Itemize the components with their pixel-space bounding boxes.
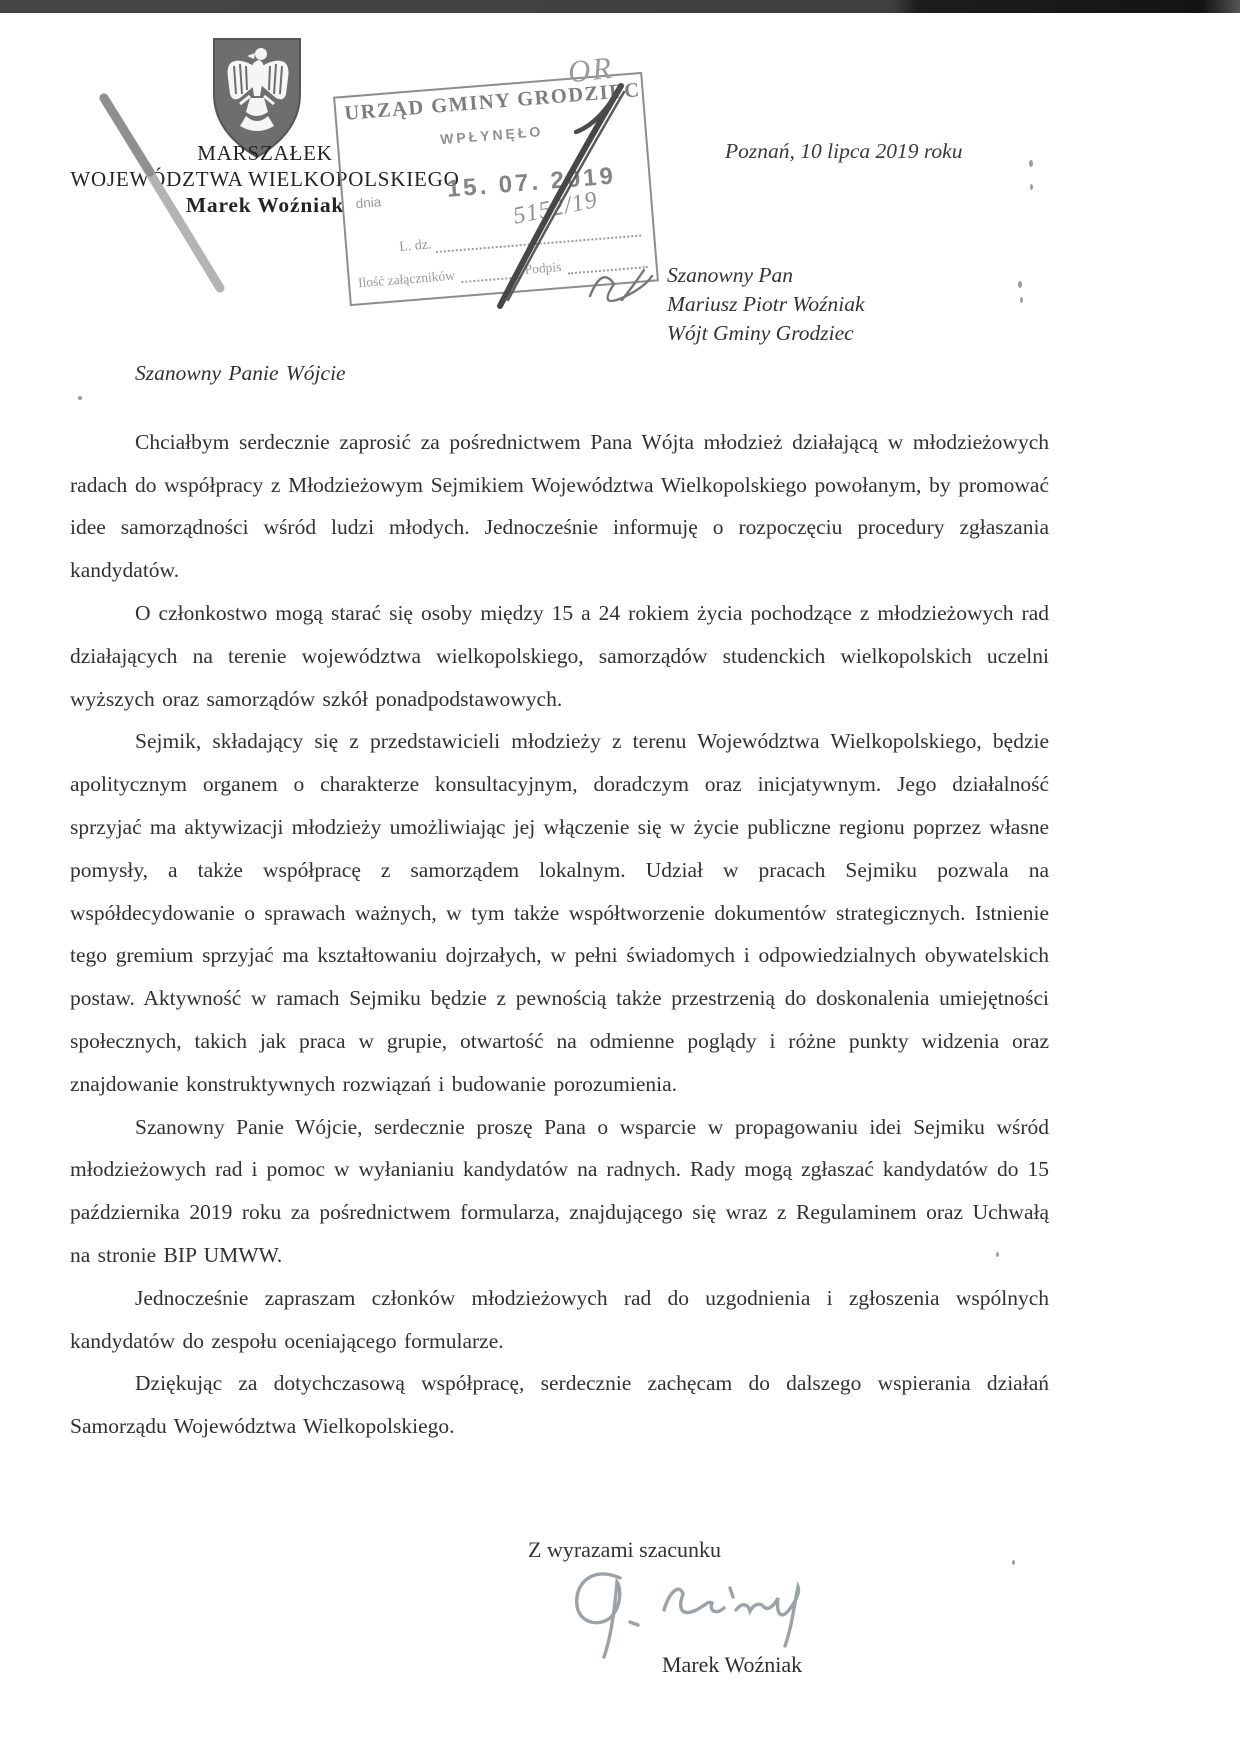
scan-speck [1029, 160, 1033, 167]
closing-phrase: Z wyrazami szacunku [528, 1537, 721, 1563]
letter-paragraph: Szanowny Panie Wójcie, serdecznie proszę… [70, 1106, 1049, 1277]
addressee-title: Wójt Gminy Grodziec [667, 319, 865, 348]
handwritten-office-code: OR [566, 50, 615, 91]
scan-speck [1030, 184, 1033, 190]
letter-paragraph: Sejmik, składający się z przedstawicieli… [70, 720, 1049, 1105]
scan-speck [996, 1252, 999, 1257]
letter-paragraph: Chciałbym serdecznie zaprosić za pośredn… [70, 421, 1049, 592]
stamp-date-label: dnia [355, 194, 382, 211]
signer-name: Marek Woźniak [662, 1652, 802, 1678]
letter-paragraph: Jednocześnie zapraszam członków młodzież… [70, 1277, 1049, 1363]
addressee-block: Szanowny Pan Mariusz Piotr Woźniak Wójt … [667, 261, 865, 348]
scan-speck [1012, 1560, 1015, 1565]
addressee-name: Mariusz Piotr Woźniak [667, 290, 865, 319]
stamp-reference-label: L. dz. [399, 237, 432, 256]
letter-body: Szanowny Panie Wójcie Chciałbym serdeczn… [70, 352, 1049, 1448]
addressee-salutation: Szanowny Pan [667, 261, 865, 290]
scanner-edge-artifact [0, 0, 1240, 13]
letter-salutation: Szanowny Panie Wójcie [135, 352, 1049, 395]
dotted-leader [460, 264, 519, 283]
stamp-attachments-label: Ilość załączników [357, 268, 455, 292]
stamp-signature-label: Podpis [524, 259, 562, 278]
scan-speck [1020, 297, 1023, 303]
stamp-attachments-row: Ilość załączników Podpis [357, 252, 647, 291]
received-stamp: URZĄD GMINY GRODZIEC WPŁYNĘŁO dnia 15. 0… [333, 72, 659, 306]
scan-speck [1018, 281, 1022, 288]
handwritten-signature [558, 1562, 838, 1666]
place-and-date: Poznań, 10 lipca 2019 roku [725, 139, 962, 164]
dotted-leader [567, 254, 648, 274]
letter-paragraph: Dziękując za dotychczasową współpracę, s… [70, 1362, 1049, 1448]
scan-speck [78, 396, 82, 400]
scanned-letter-page: MARSZAŁEK WOJEWÓDZTWA WIELKOPOLSKIEGO Ma… [0, 0, 1240, 1754]
letter-paragraph: O członkostwo mogą starać się osoby międ… [70, 592, 1049, 720]
